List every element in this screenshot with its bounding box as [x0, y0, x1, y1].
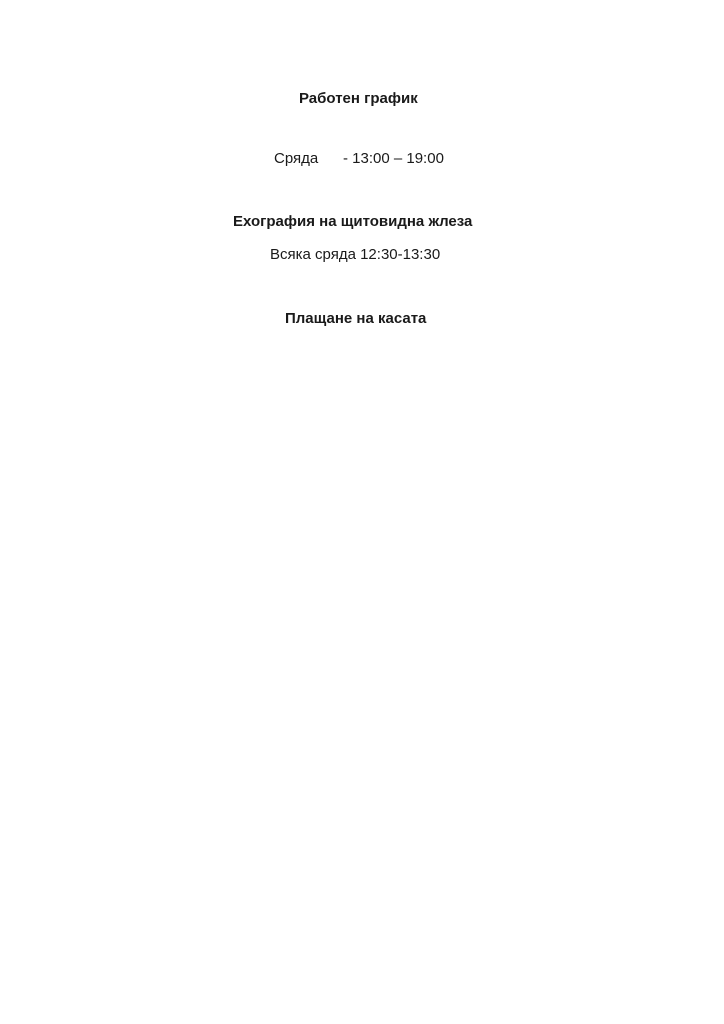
- ultrasound-hours: Всяка сряда 12:30-13:30: [270, 246, 440, 264]
- schedule-hours: - 13:00 – 19:00: [343, 150, 444, 168]
- payment-note: Плащане на касата: [285, 310, 426, 328]
- schedule-day: Сряда: [274, 150, 318, 168]
- ultrasound-title: Ехография на щитовидна жлеза: [233, 213, 472, 231]
- schedule-title: Работен график: [299, 90, 418, 108]
